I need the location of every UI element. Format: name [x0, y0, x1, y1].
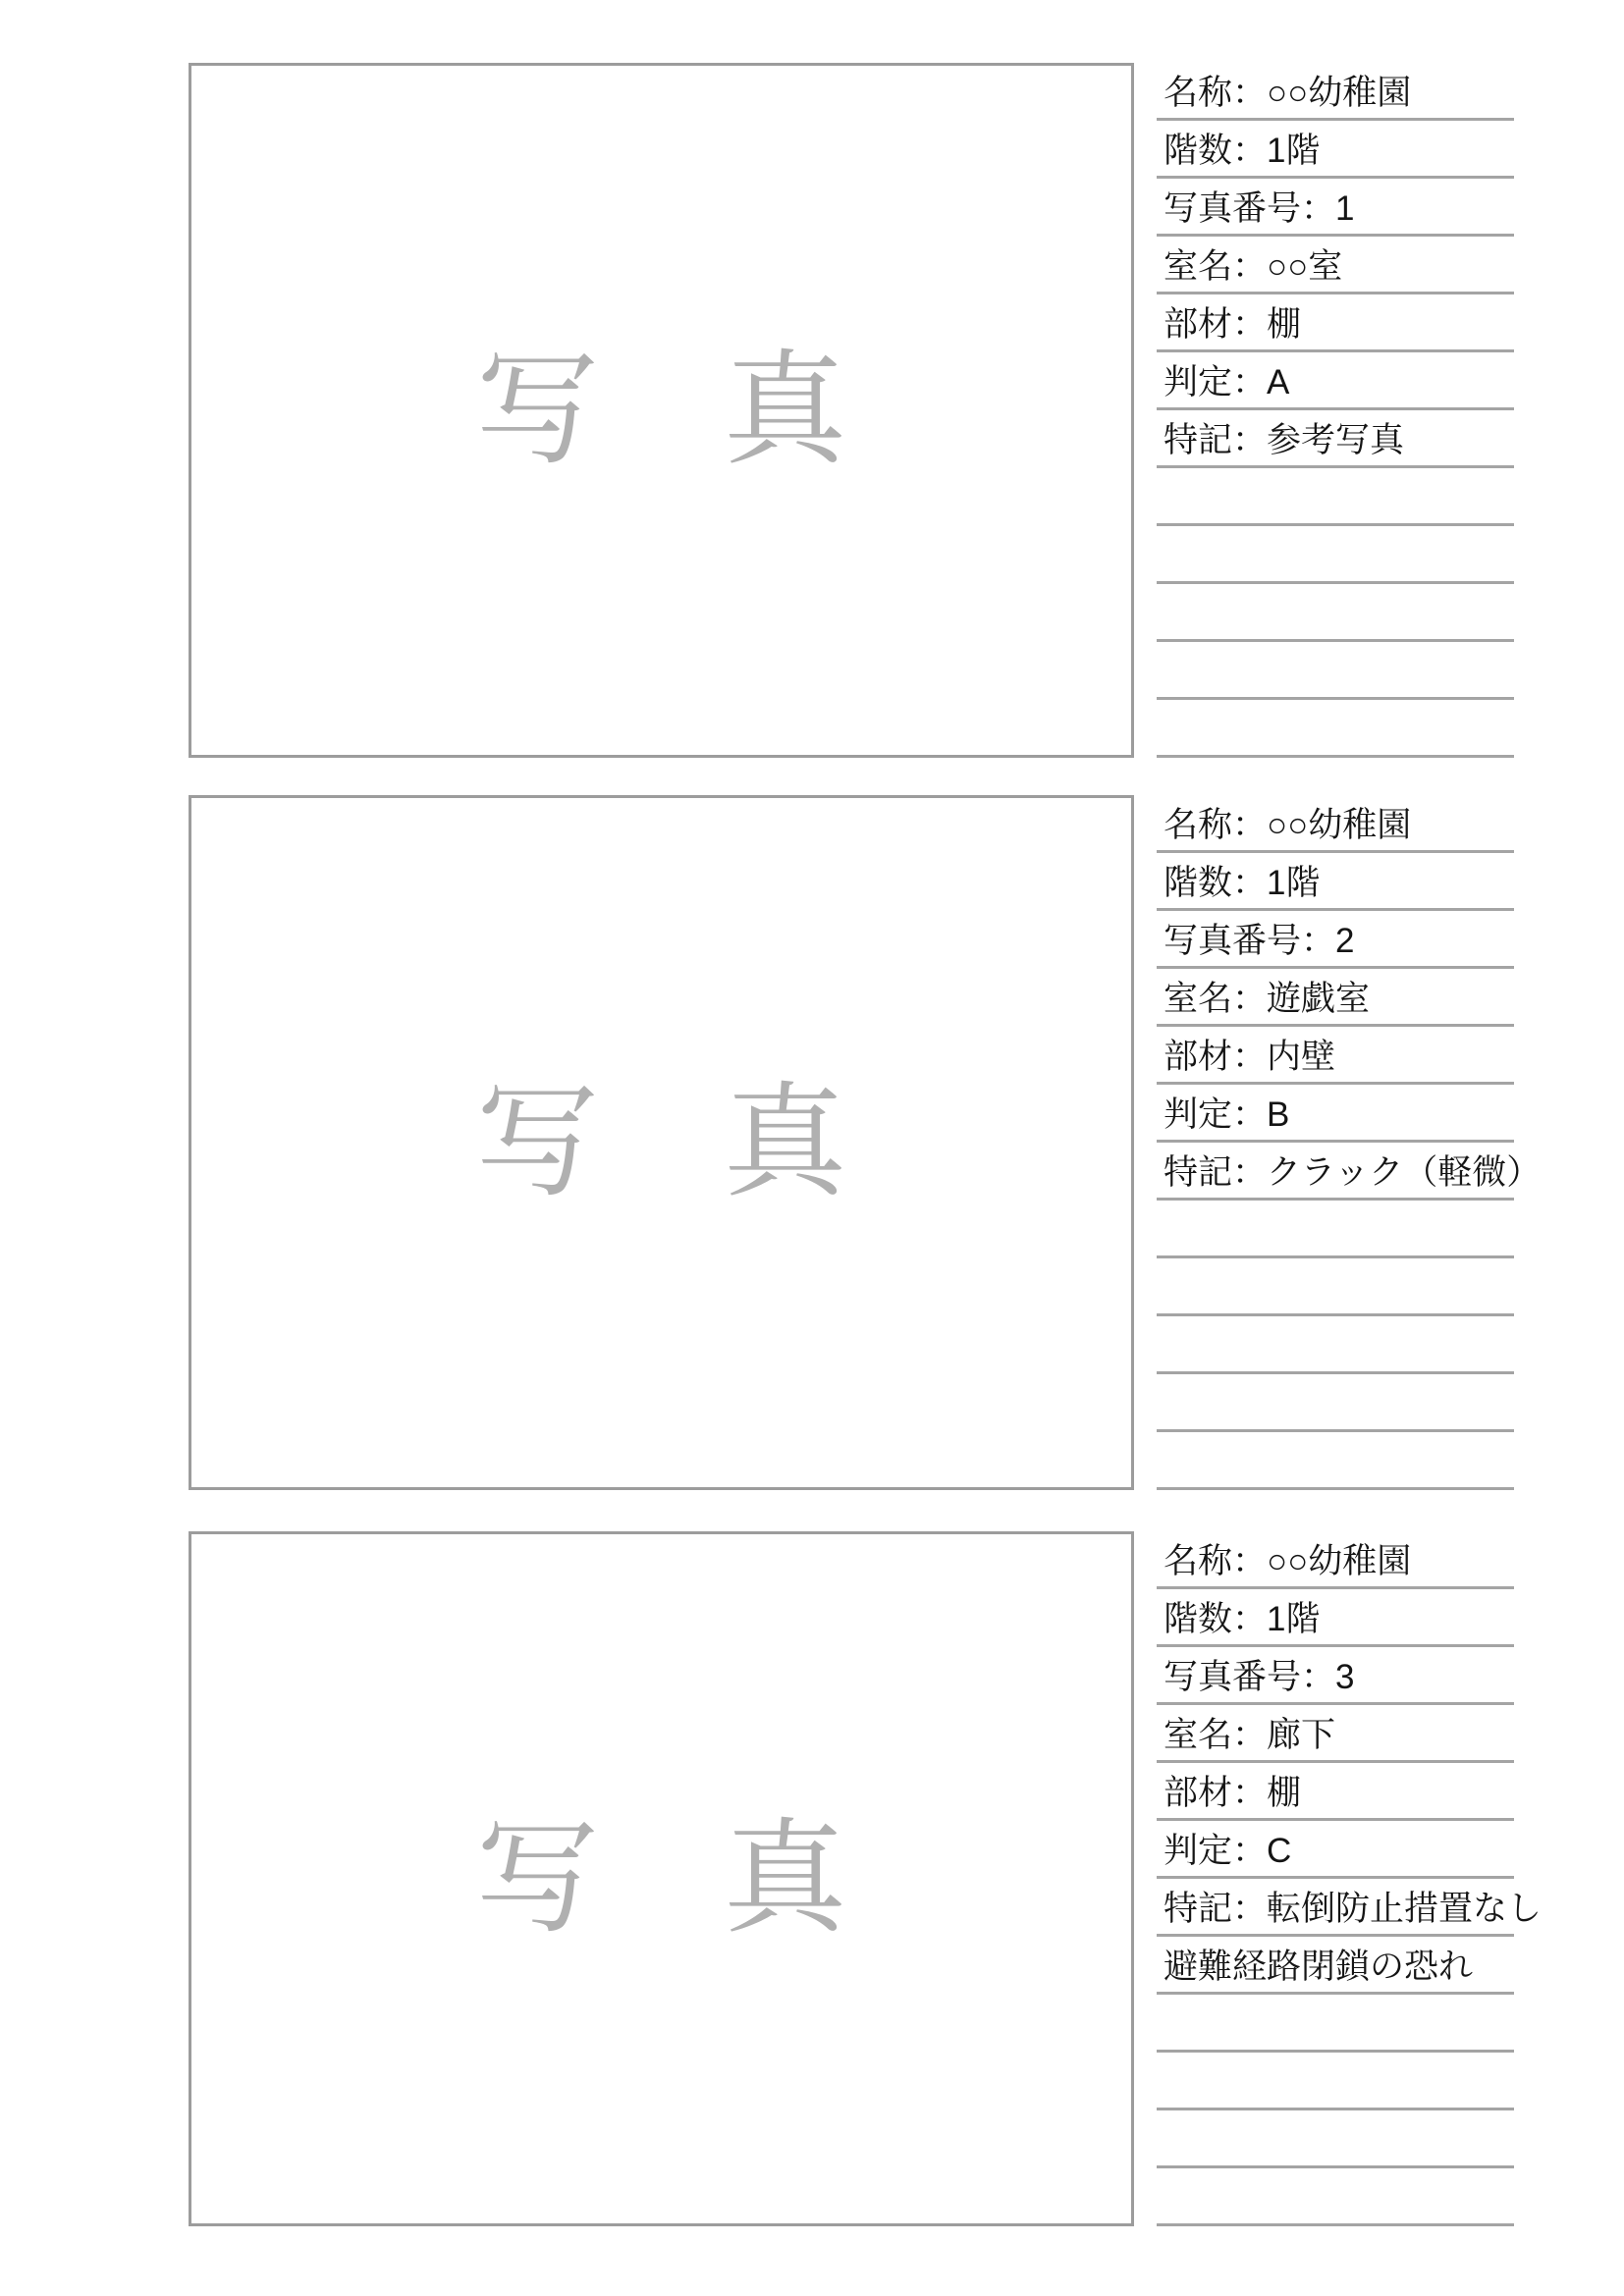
info-row: 階数：1階 — [1157, 1589, 1514, 1647]
info-row: 室名：廊下 — [1157, 1705, 1514, 1763]
info-row — [1157, 2168, 1514, 2226]
info-row: 名称：○○幼稚園 — [1157, 63, 1514, 121]
info-panel: 名称：○○幼稚園階数：1階写真番号：3室名：廊下部材：棚判定：C特記：転倒防止措… — [1157, 1531, 1514, 2226]
photo-record-page: { "page": { "background": "#ffffff" }, "… — [0, 0, 1624, 2296]
info-row — [1157, 2053, 1514, 2110]
photo-placeholder-text: 写 真 — [476, 1817, 847, 1941]
info-row — [1157, 2110, 1514, 2168]
info-row — [1157, 1432, 1514, 1490]
info-row — [1157, 526, 1514, 584]
photo-box: 写 真 — [189, 1531, 1134, 2226]
info-row — [1157, 1995, 1514, 2053]
photo-placeholder-text: 写 真 — [476, 348, 847, 472]
info-row — [1157, 1258, 1514, 1316]
info-row: 階数：1階 — [1157, 121, 1514, 179]
info-row: 判定：B — [1157, 1085, 1514, 1143]
info-row: 写真番号：2 — [1157, 911, 1514, 969]
photo-record-block-2: 写 真 名称：○○幼稚園階数：1階写真番号：2室名：遊戯室部材：内壁判定：B特記… — [189, 795, 1514, 1490]
info-panel: 名称：○○幼稚園階数：1階写真番号：2室名：遊戯室部材：内壁判定：B特記：クラッ… — [1157, 795, 1514, 1490]
info-row: 部材：内壁 — [1157, 1027, 1514, 1085]
info-row: 部材：棚 — [1157, 294, 1514, 352]
info-row — [1157, 1316, 1514, 1374]
info-row: 判定：A — [1157, 352, 1514, 410]
photo-box: 写 真 — [189, 63, 1134, 758]
info-row: 避難経路閉鎖の恐れ — [1157, 1937, 1514, 1995]
info-row: 判定：C — [1157, 1821, 1514, 1879]
photo-placeholder-text: 写 真 — [476, 1081, 847, 1204]
info-row: 室名：遊戯室 — [1157, 969, 1514, 1027]
info-row: 名称：○○幼稚園 — [1157, 1531, 1514, 1589]
info-row: 階数：1階 — [1157, 853, 1514, 911]
info-row: 特記：クラック（軽微） — [1157, 1143, 1514, 1201]
photo-record-block-1: 写 真 名称：○○幼稚園階数：1階写真番号：1室名：○○室部材：棚判定：A特記：… — [189, 63, 1514, 758]
info-row: 写真番号：1 — [1157, 179, 1514, 237]
photo-record-block-3: 写 真 名称：○○幼稚園階数：1階写真番号：3室名：廊下部材：棚判定：C特記：転… — [189, 1531, 1514, 2226]
info-row — [1157, 642, 1514, 700]
info-row: 部材：棚 — [1157, 1763, 1514, 1821]
info-row — [1157, 468, 1514, 526]
info-panel: 名称：○○幼稚園階数：1階写真番号：1室名：○○室部材：棚判定：A特記：参考写真 — [1157, 63, 1514, 758]
info-row: 名称：○○幼稚園 — [1157, 795, 1514, 853]
info-row: 特記：参考写真 — [1157, 410, 1514, 468]
info-row: 室名：○○室 — [1157, 237, 1514, 294]
info-row — [1157, 1374, 1514, 1432]
info-row — [1157, 584, 1514, 642]
info-row — [1157, 1201, 1514, 1258]
info-row: 写真番号：3 — [1157, 1647, 1514, 1705]
info-row — [1157, 700, 1514, 758]
photo-box: 写 真 — [189, 795, 1134, 1490]
info-row: 特記：転倒防止措置なし — [1157, 1879, 1514, 1937]
